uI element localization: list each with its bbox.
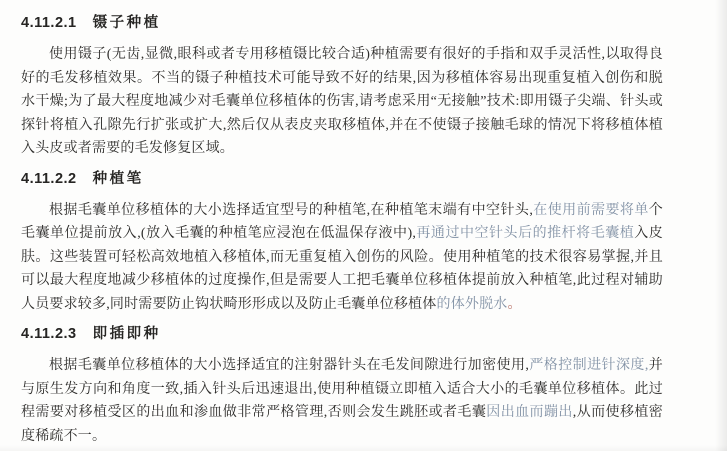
section-heading: 4.11.2.2种植笔	[21, 171, 663, 188]
text-run: 因出血而蹦出	[486, 405, 573, 420]
document-content: 4.11.2.1镊子种植 使用镊子(无齿,显微,眼科或者专用移植镊比较合适)种植…	[0, 0, 727, 448]
document-section: 4.11.2.1镊子种植 使用镊子(无齿,显微,眼科或者专用移植镊比较合适)种植…	[21, 15, 663, 161]
text-run: 使用镊子(无齿,显微,眼科或者专用移植镊比较合适)种植需要有很好的手指和双手灵活…	[21, 47, 663, 156]
section-paragraph: 根据毛囊单位移植体的大小选择适宜型号的种植笔,在种植笔末端有中空针头,在使用前需…	[21, 199, 663, 317]
section-paragraph: 使用镊子(无齿,显微,眼科或者专用移植镊比较合适)种植需要有很好的手指和双手灵活…	[21, 43, 663, 161]
section-title: 种植笔	[93, 171, 144, 187]
text-run: 的体外脱水	[437, 297, 508, 312]
section-heading: 4.11.2.1镊子种植	[21, 15, 663, 32]
text-run: 严格控制进针深度,	[529, 358, 648, 373]
section-title: 即插即种	[93, 326, 161, 342]
section-number: 4.11.2.3	[21, 326, 77, 342]
document-section: 4.11.2.3即插即种 根据毛囊单位移植体的大小选择适宜的注射器针头在毛发间隙…	[21, 326, 663, 448]
text-run: 再通过中空针头后的推杆将毛囊植	[416, 226, 634, 241]
section-number: 4.11.2.1	[21, 15, 77, 31]
section-paragraph: 根据毛囊单位移植体的大小选择适宜的注射器针头在毛发间隙进行加密使用,严格控制进针…	[21, 354, 663, 448]
text-run: 。	[508, 297, 522, 312]
section-heading: 4.11.2.3即插即种	[21, 326, 663, 343]
document-section: 4.11.2.2种植笔 根据毛囊单位移植体的大小选择适宜型号的种植笔,在种植笔末…	[21, 171, 663, 317]
section-number: 4.11.2.2	[21, 171, 77, 187]
text-run: 根据毛囊单位移植体的大小选择适宜的注射器针头在毛发间隙进行加密使用,	[49, 358, 529, 373]
text-run: 根据毛囊单位移植体的大小选择适宜型号的种植笔,在种植笔末端有中空针头,	[49, 203, 533, 218]
text-run: 在使用前需要将单	[533, 203, 649, 218]
section-title: 镊子种植	[93, 15, 161, 31]
document-page: 4.11.2.1镊子种植 使用镊子(无齿,显微,眼科或者专用移植镊比较合适)种植…	[0, 0, 727, 451]
